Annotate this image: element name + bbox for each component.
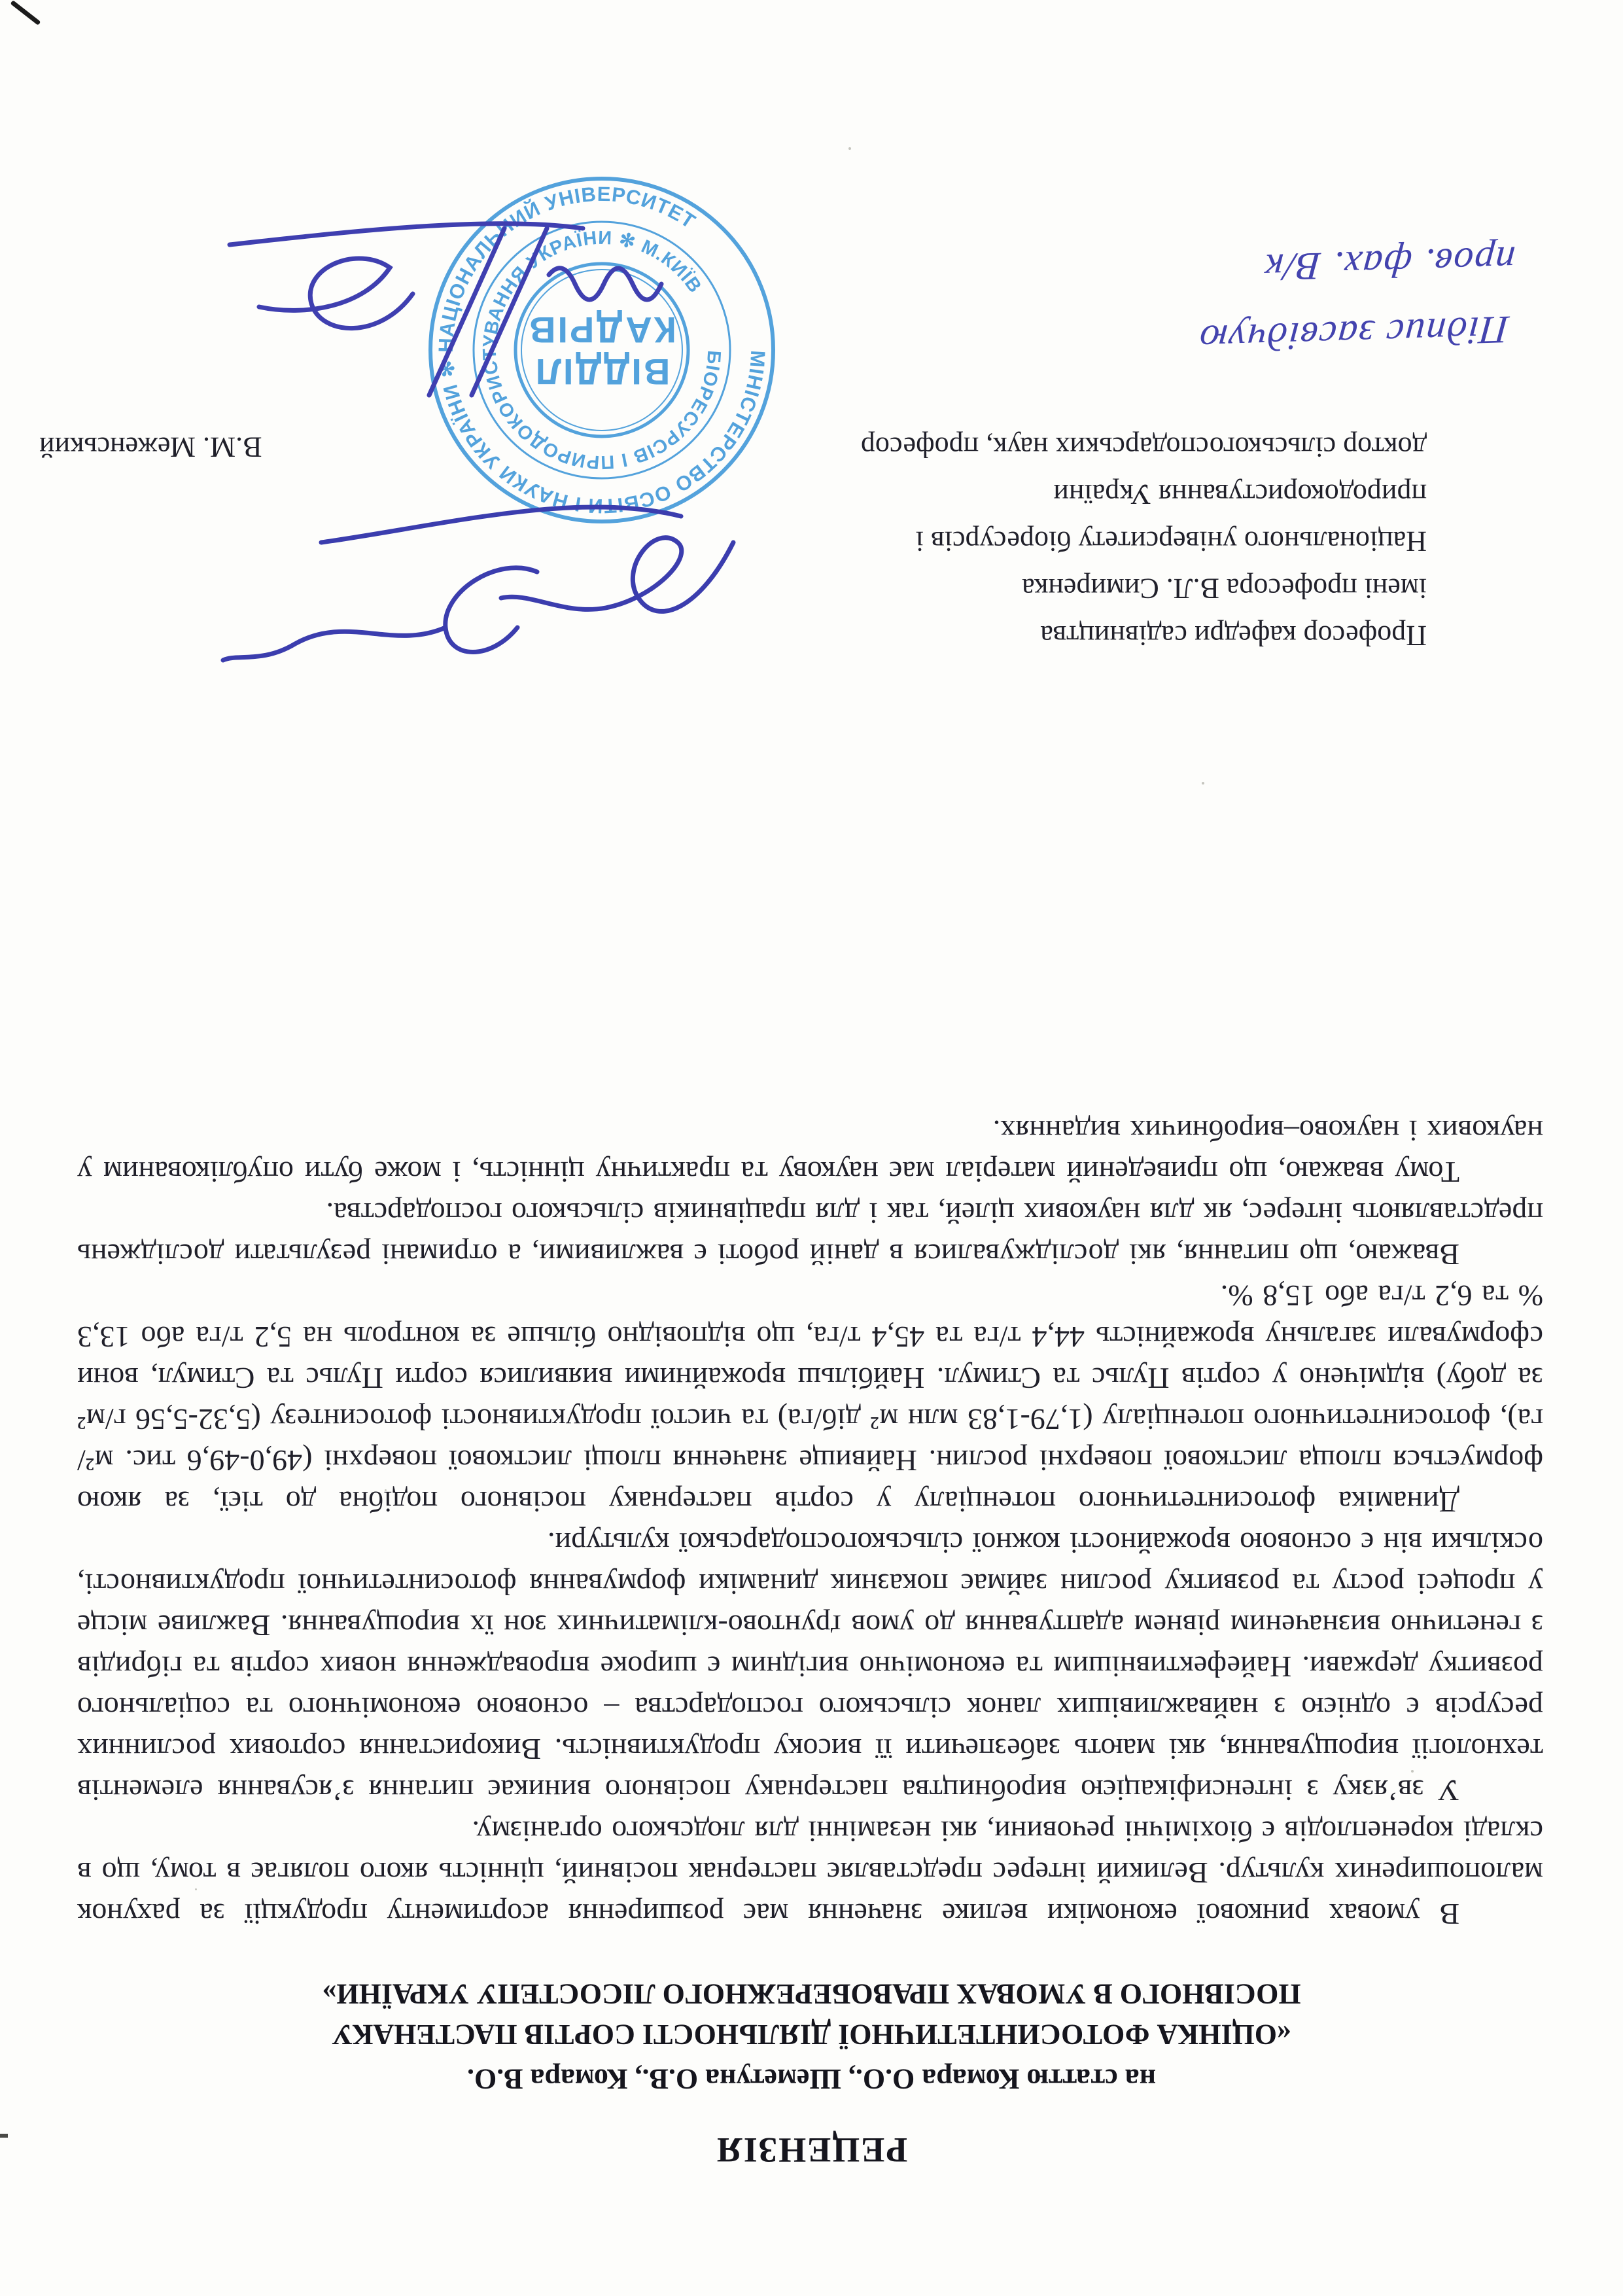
handwritten-note-line2: пров. фах. В/к: [1201, 225, 1518, 304]
paragraph-5: Тому вважаю, що приведений матеріал має …: [77, 1110, 1543, 1193]
article-title-line1: «ОЦІНКА ФОТОСИНТЕТИЧНОЇ ДІЯЛЬНОСТІ СОРТІ…: [0, 2014, 1623, 2055]
title-block: РЕЦЕНЗІЯ на статтю Комара О.О., Шеметуна…: [0, 1973, 1623, 2170]
signer-degree: доктор сільськогосподарських наук, профе…: [861, 423, 1427, 470]
rotated-document-sheet: РЕЦЕНЗІЯ на статтю Комара О.О., Шеметуна…: [0, 0, 1623, 2296]
scan-speck: [195, 1888, 197, 1890]
scan-edge-artifact: [0, 2134, 8, 2138]
document-subtitle: на статтю Комара О.О., Шеметуна О.В., Ко…: [0, 2062, 1623, 2096]
certifier-signature-icon: [177, 209, 688, 425]
article-title-line2: ПОСІВНОГО В УМОВАХ ПРАВОБЕРЕЖНОГО ЛІСОСТ…: [0, 1973, 1623, 2014]
scan-speck: [848, 147, 851, 150]
paragraph-2: У зв’язку з інтенсифікацією виробництва …: [77, 1523, 1543, 1811]
paragraph-3: Динаміка фотосинтетичного потенціалу у с…: [77, 1275, 1543, 1523]
scan-speck: [1346, 1299, 1348, 1301]
article-title: «ОЦІНКА ФОТОСИНТЕТИЧНОЇ ДІЯЛЬНОСТІ СОРТІ…: [0, 1973, 1623, 2055]
review-body: В умовах ринкової економіки велике значе…: [77, 1110, 1543, 1935]
document-title: РЕЦЕНЗІЯ: [0, 2130, 1623, 2170]
scanned-review-page: { "document": { "title": "РЕЦЕНЗІЯ", "su…: [0, 0, 1623, 2296]
handwritten-note: Підпис засвідчую пров. фах. В/к: [1195, 225, 1518, 374]
scan-speck: [1411, 1770, 1414, 1773]
scan-speck: [385, 1489, 387, 1491]
reviewer-signature-icon: [203, 431, 779, 706]
scan-speck: [1202, 782, 1204, 785]
paragraph-4: Вважаю, що питання, які досліджувалися в…: [77, 1193, 1543, 1275]
handwritten-note-line1: Підпис засвідчую: [1195, 295, 1512, 374]
paper-background: РЕЦЕНЗІЯ на статтю Комара О.О., Шеметуна…: [0, 0, 1623, 2296]
paragraph-1: В умовах ринкової економіки велике значе…: [77, 1811, 1543, 1935]
scan-corner-artifact: [10, 0, 41, 26]
